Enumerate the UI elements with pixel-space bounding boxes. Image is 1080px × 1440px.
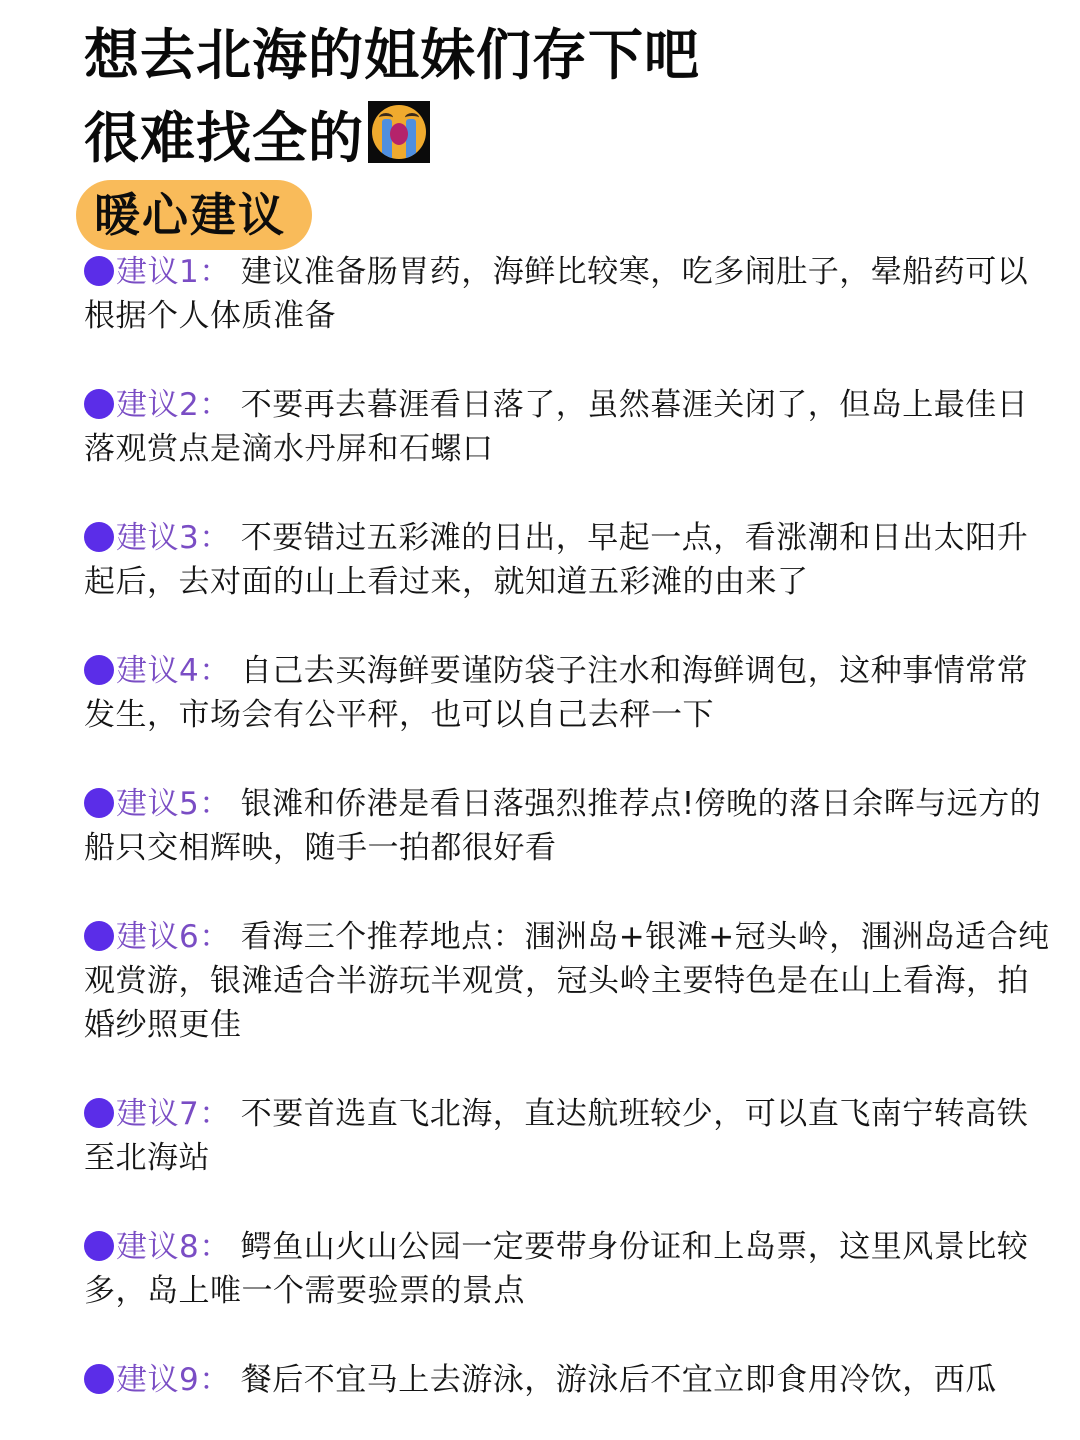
bullet-dot-icon — [84, 655, 114, 685]
tip-colon: ： — [199, 387, 231, 423]
tips-list: 建议1：建议准备肠胃药，海鲜比较寒，吃多闹肚子，晕船药可以根据个人体质准备 建议… — [84, 250, 1054, 1440]
tip-item-8: 建议8：鳄鱼山火山公园一定要带身份证和上岛票，这里风景比较多，岛上唯一个需要验票… — [84, 1225, 1054, 1313]
tip-text: 餐后不宜马上去游泳，游泳后不宜立即食用冷饮，西瓜 — [241, 1362, 997, 1398]
tip-label: 建议9 — [116, 1362, 199, 1398]
tip-item-7: 建议7：不要首选直飞北海，直达航班较少，可以直飞南宁转高铁至北海站 — [84, 1092, 1054, 1180]
crying-face-icon — [368, 101, 430, 163]
tip-label: 建议4 — [116, 653, 199, 689]
tip-item-5: 建议5：银滩和侨港是看日落强烈推荐点!傍晚的落日余晖与远方的船只交相辉映，随手一… — [84, 782, 1054, 870]
tip-item-4: 建议4：自己去买海鲜要谨防袋子注水和海鲜调包，这种事情常常发生，市场会有公平秤，… — [84, 649, 1054, 737]
bullet-dot-icon — [84, 1231, 114, 1261]
page-title: 想去北海的姐妹们存下吧 很难找全的 — [84, 14, 700, 180]
tip-colon: ： — [199, 786, 231, 822]
bullet-dot-icon — [84, 1098, 114, 1128]
tip-colon: ： — [199, 1229, 231, 1265]
tip-label: 建议7 — [116, 1096, 199, 1132]
tip-label: 建议6 — [116, 919, 199, 955]
bullet-dot-icon — [84, 788, 114, 818]
bullet-dot-icon — [84, 256, 114, 286]
tip-item-9: 建议9：餐后不宜马上去游泳，游泳后不宜立即食用冷饮，西瓜 — [84, 1358, 1054, 1402]
bullet-dot-icon — [84, 522, 114, 552]
tip-item-3: 建议3：不要错过五彩滩的日出，早起一点，看涨潮和日出太阳升起后，去对面的山上看过… — [84, 516, 1054, 604]
tip-label: 建议8 — [116, 1229, 199, 1265]
tip-colon: ： — [199, 520, 231, 556]
bullet-dot-icon — [84, 921, 114, 951]
tip-colon: ： — [199, 919, 231, 955]
tip-item-2: 建议2：不要再去暮涯看日落了，虽然暮涯关闭了，但岛上最佳日落观赏点是滴水丹屏和石… — [84, 383, 1054, 471]
title-line-2: 很难找全的 — [84, 97, 700, 180]
tip-label: 建议1 — [116, 254, 199, 290]
tip-label: 建议5 — [116, 786, 199, 822]
title-line-1: 想去北海的姐妹们存下吧 — [84, 14, 700, 97]
title-line-2-text: 很难找全的 — [84, 106, 364, 170]
tip-label: 建议2 — [116, 387, 199, 423]
tip-colon: ： — [199, 1362, 231, 1398]
tip-item-1: 建议1：建议准备肠胃药，海鲜比较寒，吃多闹肚子，晕船药可以根据个人体质准备 — [84, 250, 1054, 338]
bullet-dot-icon — [84, 389, 114, 419]
tip-colon: ： — [199, 254, 231, 290]
tip-item-6: 建议6：看海三个推荐地点：涠洲岛+银滩+冠头岭，涠洲岛适合纯观赏游，银滩适合半游… — [84, 915, 1054, 1047]
note-page: 想去北海的姐妹们存下吧 很难找全的 暖心建议 建议1：建议准备肠胃药，海鲜比较寒… — [0, 0, 1080, 1440]
tip-label: 建议3 — [116, 520, 199, 556]
bullet-dot-icon — [84, 1364, 114, 1394]
tip-colon: ： — [199, 653, 231, 689]
section-heading-badge: 暖心建议 — [76, 180, 312, 250]
tip-colon: ： — [199, 1096, 231, 1132]
